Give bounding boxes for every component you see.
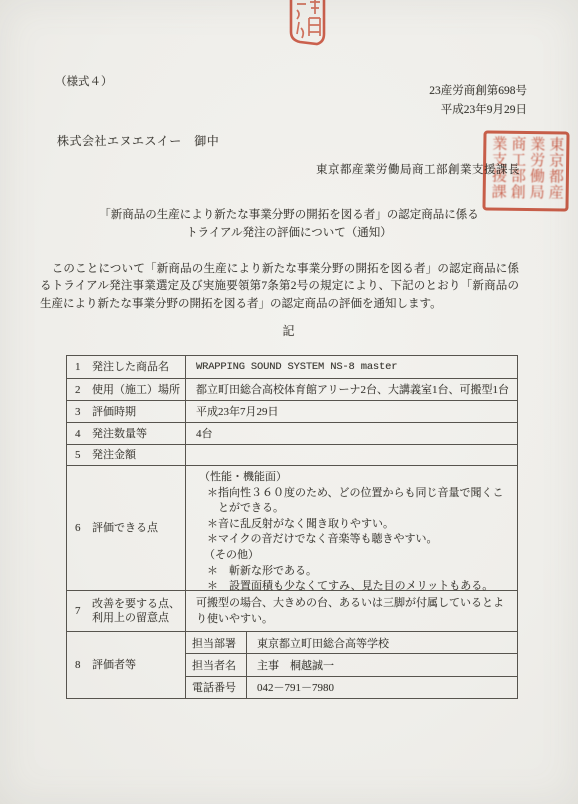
- row-value: 4台: [186, 423, 517, 444]
- sender-seal-text: 東京都産業労働局商工部創業支援課長印: [488, 135, 565, 206]
- table-row: 1 発注した商品名 WRAPPING SOUND SYSTEM NS-8 mas…: [67, 356, 517, 378]
- table-row: 5 発注金額: [67, 444, 517, 465]
- row-label: 発注した商品名: [92, 360, 183, 374]
- scanned-document-page: （様式４） 23産労商創第698号 平成23年9月29日 株式会社エヌエスイー …: [0, 0, 578, 804]
- row-label: 評価できる点: [92, 521, 183, 535]
- sub-row-label: 担当部署: [186, 632, 247, 653]
- sub-table-row: 担当者名 主事 桐越誠一: [186, 653, 517, 675]
- evaluation-point: ＊マイクの音だけでなく音楽等も聴きやすい。: [196, 532, 511, 548]
- row-label: 使用（施工）場所: [92, 383, 183, 397]
- evaluation-point: ＊指向性３６０度のため、どの位置からも同じ音量で聞くことができる。: [196, 486, 511, 517]
- sub-row-label: 担当者名: [186, 654, 247, 675]
- row-label: 評価者等: [92, 658, 183, 672]
- table-row: 7 改善を要する点、利用上の留意点 可搬型の場合、大きめの台、あるいは三脚が付属…: [67, 590, 517, 631]
- table-row: 4 発注数量等 4台: [67, 422, 517, 444]
- document-number: 23産労商創第698号: [429, 82, 527, 101]
- form-number-label: （様式４）: [55, 73, 113, 89]
- sender-red-square-seal-icon: 東京都産業労働局商工部創業支援課長印: [482, 130, 569, 211]
- row-label: 評価時期: [92, 405, 183, 419]
- row-value: 都立町田総合高校体育館アリーナ2台、大講義室1台、可搬型1台: [186, 379, 517, 400]
- record-mark: 記: [0, 322, 578, 339]
- row-value-list: （性能・機能面） ＊指向性３６０度のため、どの位置からも同じ音量で聞くことができ…: [186, 466, 517, 590]
- document-title-line1: 「新商品の生産により新たな事業分野の開拓を図る者」の認定商品に係る: [0, 207, 578, 225]
- evaluation-point: （その他）: [196, 548, 511, 564]
- evaluation-point: ＊ 斬新な形である。: [196, 564, 511, 580]
- evaluation-point: ＊音に乱反射がなく聞き取りやすい。: [196, 517, 511, 533]
- row-label: 発注金額: [92, 448, 183, 462]
- row-label: 発注数量等: [92, 427, 183, 441]
- row-number: 4: [75, 427, 92, 441]
- top-red-seal-icon: [287, 0, 327, 46]
- row-number: 2: [75, 383, 92, 397]
- row-number: 1: [75, 360, 92, 374]
- row-number: 7: [75, 604, 92, 618]
- evaluation-point: （性能・機能面）: [196, 470, 511, 486]
- sub-row-value: 主事 桐越誠一: [247, 654, 517, 675]
- table-row: 6 評価できる点 （性能・機能面） ＊指向性３６０度のため、どの位置からも同じ音…: [67, 465, 517, 590]
- row-number: 6: [75, 521, 92, 535]
- document-title-line2: トライアル発注の評価について（通知）: [0, 225, 578, 243]
- table-row: 8 評価者等 担当部署 東京都立町田総合高等学校 担当者名 主事 桐越誠一 電話…: [67, 631, 517, 698]
- document-title: 「新商品の生産により新たな事業分野の開拓を図る者」の認定商品に係る トライアル発…: [0, 207, 578, 242]
- sub-table-row: 電話番号 042－791－7980: [186, 676, 517, 698]
- sub-table-row: 担当部署 東京都立町田総合高等学校: [186, 632, 517, 653]
- row-number: 5: [75, 448, 92, 462]
- row-value: WRAPPING SOUND SYSTEM NS-8 master: [186, 356, 517, 378]
- addressee: 株式会社エヌエスイー 御中: [57, 132, 219, 149]
- evaluation-table: 1 発注した商品名 WRAPPING SOUND SYSTEM NS-8 mas…: [66, 355, 518, 699]
- sub-row-value: 042－791－7980: [247, 677, 517, 698]
- sub-row-value: 東京都立町田総合高等学校: [247, 632, 517, 653]
- sub-row-label: 電話番号: [186, 677, 247, 698]
- body-paragraph: このことについて「新商品の生産により新たな事業分野の開拓を図る者」の認定商品に係…: [40, 261, 519, 313]
- evaluator-sub-table: 担当部署 東京都立町田総合高等学校 担当者名 主事 桐越誠一 電話番号 042－…: [186, 632, 517, 698]
- table-row: 2 使用（施工）場所 都立町田総合高校体育館アリーナ2台、大講義室1台、可搬型1…: [67, 378, 517, 400]
- row-number: 8: [75, 658, 92, 672]
- document-date: 平成23年9月29日: [429, 101, 527, 120]
- table-row: 3 評価時期 平成23年7月29日: [67, 400, 517, 422]
- row-number: 3: [75, 405, 92, 419]
- row-value: [186, 445, 517, 465]
- document-meta: 23産労商創第698号 平成23年9月29日: [429, 82, 527, 120]
- row-label: 改善を要する点、利用上の留意点: [92, 597, 183, 625]
- row-value: 平成23年7月29日: [186, 401, 517, 422]
- row-value: 可搬型の場合、大きめの台、あるいは三脚が付属しているとより使いやすい。: [186, 591, 517, 631]
